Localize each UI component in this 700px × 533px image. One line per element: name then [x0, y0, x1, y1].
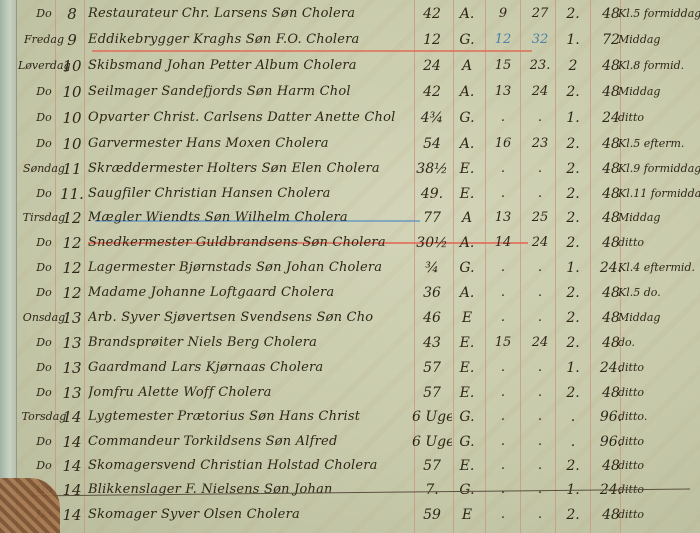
class: A. — [452, 80, 482, 104]
number-1: 12 — [486, 28, 520, 52]
ledger-page: Do 8 Restaurateur Chr. Larsens Søn Chole… — [0, 0, 700, 533]
remark: Middag — [618, 206, 700, 230]
number-1: . — [486, 454, 520, 478]
remark: Kl.9 formiddag — [618, 157, 700, 181]
number-2: 23 — [522, 132, 558, 156]
age: 57 — [412, 454, 452, 478]
number-3: 2. — [558, 206, 588, 230]
age: 4¾ — [412, 106, 452, 130]
remark: ditto — [618, 430, 700, 454]
entry-text: Seilmager Sandefjords Søn Harm Chol — [88, 80, 410, 104]
number-3: 2. — [558, 157, 588, 181]
date: 13 — [60, 381, 84, 405]
age: 49. — [412, 182, 452, 206]
age: 6 Uger — [412, 430, 452, 454]
age: 59 — [412, 503, 452, 527]
class: G. — [452, 106, 482, 130]
number-3: 2. — [558, 281, 588, 305]
entry-text: Saugfiler Christian Hansen Cholera — [88, 182, 410, 206]
entry-text: Lygtemester Prætorius Søn Hans Christ — [88, 405, 410, 429]
class: E. — [452, 331, 482, 355]
number-2: . — [522, 106, 558, 130]
age: 6 Uger — [412, 405, 452, 429]
remark: Kl.5 formiddag — [618, 2, 700, 26]
date: 12 — [60, 231, 84, 255]
remark: Kl.11 formiddag — [618, 182, 700, 206]
number-3: 2. — [558, 80, 588, 104]
class: E. — [452, 356, 482, 380]
class: A — [452, 54, 482, 78]
entry-text: Arb. Syver Sjøvertsen Svendsens Søn Cho — [88, 306, 410, 330]
date: 11. — [60, 182, 84, 206]
register-row: Søndag 11 Skræddermester Holters Søn Ele… — [0, 157, 700, 181]
number-1: . — [486, 182, 520, 206]
age: 7. — [412, 478, 452, 502]
register-row: Do 11. Saugfiler Christian Hansen Choler… — [0, 182, 700, 206]
age: 54 — [412, 132, 452, 156]
date: 12 — [60, 206, 84, 230]
number-1: . — [486, 256, 520, 280]
entry-text: Commandeur Torkildsens Søn Alfred — [88, 430, 410, 454]
number-2: . — [522, 356, 558, 380]
class: A. — [452, 132, 482, 156]
number-1: . — [486, 306, 520, 330]
remark: ditto. — [618, 405, 700, 429]
remark: ditto — [618, 231, 700, 255]
class: G. — [452, 28, 482, 52]
class: A — [452, 206, 482, 230]
number-2: . — [522, 454, 558, 478]
class: G. — [452, 256, 482, 280]
class: E — [452, 306, 482, 330]
entry-text: Skomagersvend Christian Holstad Cholera — [88, 454, 410, 478]
register-row: Onsdag 13 Arb. Syver Sjøvertsen Svendsen… — [0, 306, 700, 330]
class: G. — [452, 405, 482, 429]
class: A. — [452, 281, 482, 305]
class: A. — [452, 2, 482, 26]
date: 14 — [60, 454, 84, 478]
number-2: 24 — [522, 231, 558, 255]
number-3: . — [558, 405, 588, 429]
number-3: 2. — [558, 306, 588, 330]
number-3: 2. — [558, 132, 588, 156]
register-row: Do 10 Seilmager Sandefjords Søn Harm Cho… — [0, 80, 700, 104]
number-1: . — [486, 157, 520, 181]
register-row: Do 14 Skomager Syver Olsen Cholera 59 E … — [0, 503, 700, 527]
remark: Middag — [618, 28, 700, 52]
date: 13 — [60, 306, 84, 330]
number-2: 23. — [522, 54, 558, 78]
register-row: Fredag 9 Eddikebrygger Kraghs Søn F.O. C… — [0, 28, 700, 52]
register-row: Tirsdag 12 Mægler Wiendts Søn Wilhelm Ch… — [0, 206, 700, 230]
entry-text: Skibsmand Johan Petter Album Cholera — [88, 54, 410, 78]
age: 30½ — [412, 231, 452, 255]
entry-text: Eddikebrygger Kraghs Søn F.O. Cholera — [88, 28, 410, 52]
number-2: . — [522, 405, 558, 429]
entry-text: Skomager Syver Olsen Cholera — [88, 503, 410, 527]
age: 43 — [412, 331, 452, 355]
binding-cord — [0, 478, 60, 533]
number-3: 2. — [558, 454, 588, 478]
register-row: Torsdag 14 Lygtemester Prætorius Søn Han… — [0, 405, 700, 429]
remark: do. — [618, 331, 700, 355]
entry-text: Mægler Wiendts Søn Wilhelm Cholera — [88, 206, 410, 230]
class: E. — [452, 381, 482, 405]
remark: Kl.4 eftermid. — [618, 256, 700, 280]
entry-text: Madame Johanne Loftgaard Cholera — [88, 281, 410, 305]
age: 42 — [412, 80, 452, 104]
entry-text: Garvermester Hans Moxen Cholera — [88, 132, 410, 156]
remark: Middag — [618, 306, 700, 330]
number-1: 15 — [486, 331, 520, 355]
number-2: . — [522, 281, 558, 305]
register-row: Do 10 Opvarter Christ. Carlsens Datter A… — [0, 106, 700, 130]
date: 10 — [60, 106, 84, 130]
age: ¾ — [412, 256, 452, 280]
number-2: 25 — [522, 206, 558, 230]
class: G. — [452, 430, 482, 454]
date: 12 — [60, 281, 84, 305]
remark: Middag — [618, 80, 700, 104]
date: 10 — [60, 132, 84, 156]
entry-text: Snedkermester Guldbrandsens Søn Cholera — [88, 231, 410, 255]
register-row: Do 12 Snedkermester Guldbrandsens Søn Ch… — [0, 231, 700, 255]
date: 10 — [60, 54, 84, 78]
date: 12 — [60, 256, 84, 280]
remark: ditto — [618, 356, 700, 380]
number-2: 32 — [522, 28, 558, 52]
number-3: 1. — [558, 256, 588, 280]
register-row: Do 12 Lagermester Bjørnstads Søn Johan C… — [0, 256, 700, 280]
date: 9 — [60, 28, 84, 52]
class: E. — [452, 454, 482, 478]
age: 24 — [412, 54, 452, 78]
number-3: 1. — [558, 106, 588, 130]
number-3: 2. — [558, 331, 588, 355]
number-2: . — [522, 157, 558, 181]
date: 14 — [60, 430, 84, 454]
number-1: 14 — [486, 231, 520, 255]
number-2: . — [522, 381, 558, 405]
number-3: 2. — [558, 182, 588, 206]
register-row: Do 8 Restaurateur Chr. Larsens Søn Chole… — [0, 2, 700, 26]
register-row: Do 14 Commandeur Torkildsens Søn Alfred … — [0, 430, 700, 454]
date: 8 — [60, 2, 84, 26]
class: A. — [452, 231, 482, 255]
remark: Kl.8 formid. — [618, 54, 700, 78]
remark: Kl.5 do. — [618, 281, 700, 305]
register-row: Do 14 Skomagersvend Christian Holstad Ch… — [0, 454, 700, 478]
entry-text: Jomfru Alette Woff Cholera — [88, 381, 410, 405]
number-3: 1. — [558, 28, 588, 52]
number-1: . — [486, 106, 520, 130]
number-2: . — [522, 306, 558, 330]
number-1: 16 — [486, 132, 520, 156]
age: 77 — [412, 206, 452, 230]
register-row: Do 13 Brandsprøiter Niels Berg Cholera 4… — [0, 331, 700, 355]
age: 57 — [412, 356, 452, 380]
remark: Kl.5 efterm. — [618, 132, 700, 156]
entry-text: Restaurateur Chr. Larsens Søn Cholera — [88, 2, 410, 26]
remark: ditto — [618, 106, 700, 130]
number-3: 1. — [558, 356, 588, 380]
register-row: Løverdag 10 Skibsmand Johan Petter Album… — [0, 54, 700, 78]
entry-text: Opvarter Christ. Carlsens Datter Anette … — [88, 106, 410, 130]
class: E — [452, 503, 482, 527]
number-3: 2 — [558, 54, 588, 78]
age: 46 — [412, 306, 452, 330]
entry-text: Gaardmand Lars Kjørnaas Cholera — [88, 356, 410, 380]
number-3: . — [558, 430, 588, 454]
number-2: 24 — [522, 331, 558, 355]
remark: ditto — [618, 503, 700, 527]
age: 36 — [412, 281, 452, 305]
entry-text: Blikkenslager F. Nielsens Søn Johan — [88, 478, 410, 502]
age: 12 — [412, 28, 452, 52]
date: 10 — [60, 80, 84, 104]
number-1: . — [486, 381, 520, 405]
class: E. — [452, 182, 482, 206]
register-row: Do 12 Madame Johanne Loftgaard Cholera 3… — [0, 281, 700, 305]
remark: ditto — [618, 381, 700, 405]
number-2: . — [522, 256, 558, 280]
date: 14 — [60, 503, 84, 527]
register-row: Do 10 Garvermester Hans Moxen Cholera 54… — [0, 132, 700, 156]
entry-text: Skræddermester Holters Søn Elen Cholera — [88, 157, 410, 181]
number-3: 2. — [558, 381, 588, 405]
number-2: . — [522, 182, 558, 206]
register-row: Do 13 Gaardmand Lars Kjørnaas Cholera 57… — [0, 356, 700, 380]
number-3: 2. — [558, 2, 588, 26]
number-3: 2. — [558, 503, 588, 527]
number-2: 27 — [522, 2, 558, 26]
age: 57 — [412, 381, 452, 405]
date: 14 — [60, 478, 84, 502]
date: 14 — [60, 405, 84, 429]
date: 13 — [60, 356, 84, 380]
number-3: 2. — [558, 231, 588, 255]
number-1: . — [486, 503, 520, 527]
entry-text: Lagermester Bjørnstads Søn Johan Cholera — [88, 256, 410, 280]
age: 38½ — [412, 157, 452, 181]
date: 11 — [60, 157, 84, 181]
number-1: 13 — [486, 80, 520, 104]
number-1: . — [486, 281, 520, 305]
number-1: 15 — [486, 54, 520, 78]
entry-text: Brandsprøiter Niels Berg Cholera — [88, 331, 410, 355]
number-1: 13 — [486, 206, 520, 230]
age: 42 — [412, 2, 452, 26]
number-2: 24 — [522, 80, 558, 104]
number-1: . — [486, 356, 520, 380]
remark: ditto — [618, 454, 700, 478]
number-1: 9 — [486, 2, 520, 26]
number-1: . — [486, 430, 520, 454]
number-1: . — [486, 405, 520, 429]
class: E. — [452, 157, 482, 181]
number-2: . — [522, 430, 558, 454]
number-2: . — [522, 503, 558, 527]
register-row: Do 13 Jomfru Alette Woff Cholera 57 E. .… — [0, 381, 700, 405]
date: 13 — [60, 331, 84, 355]
